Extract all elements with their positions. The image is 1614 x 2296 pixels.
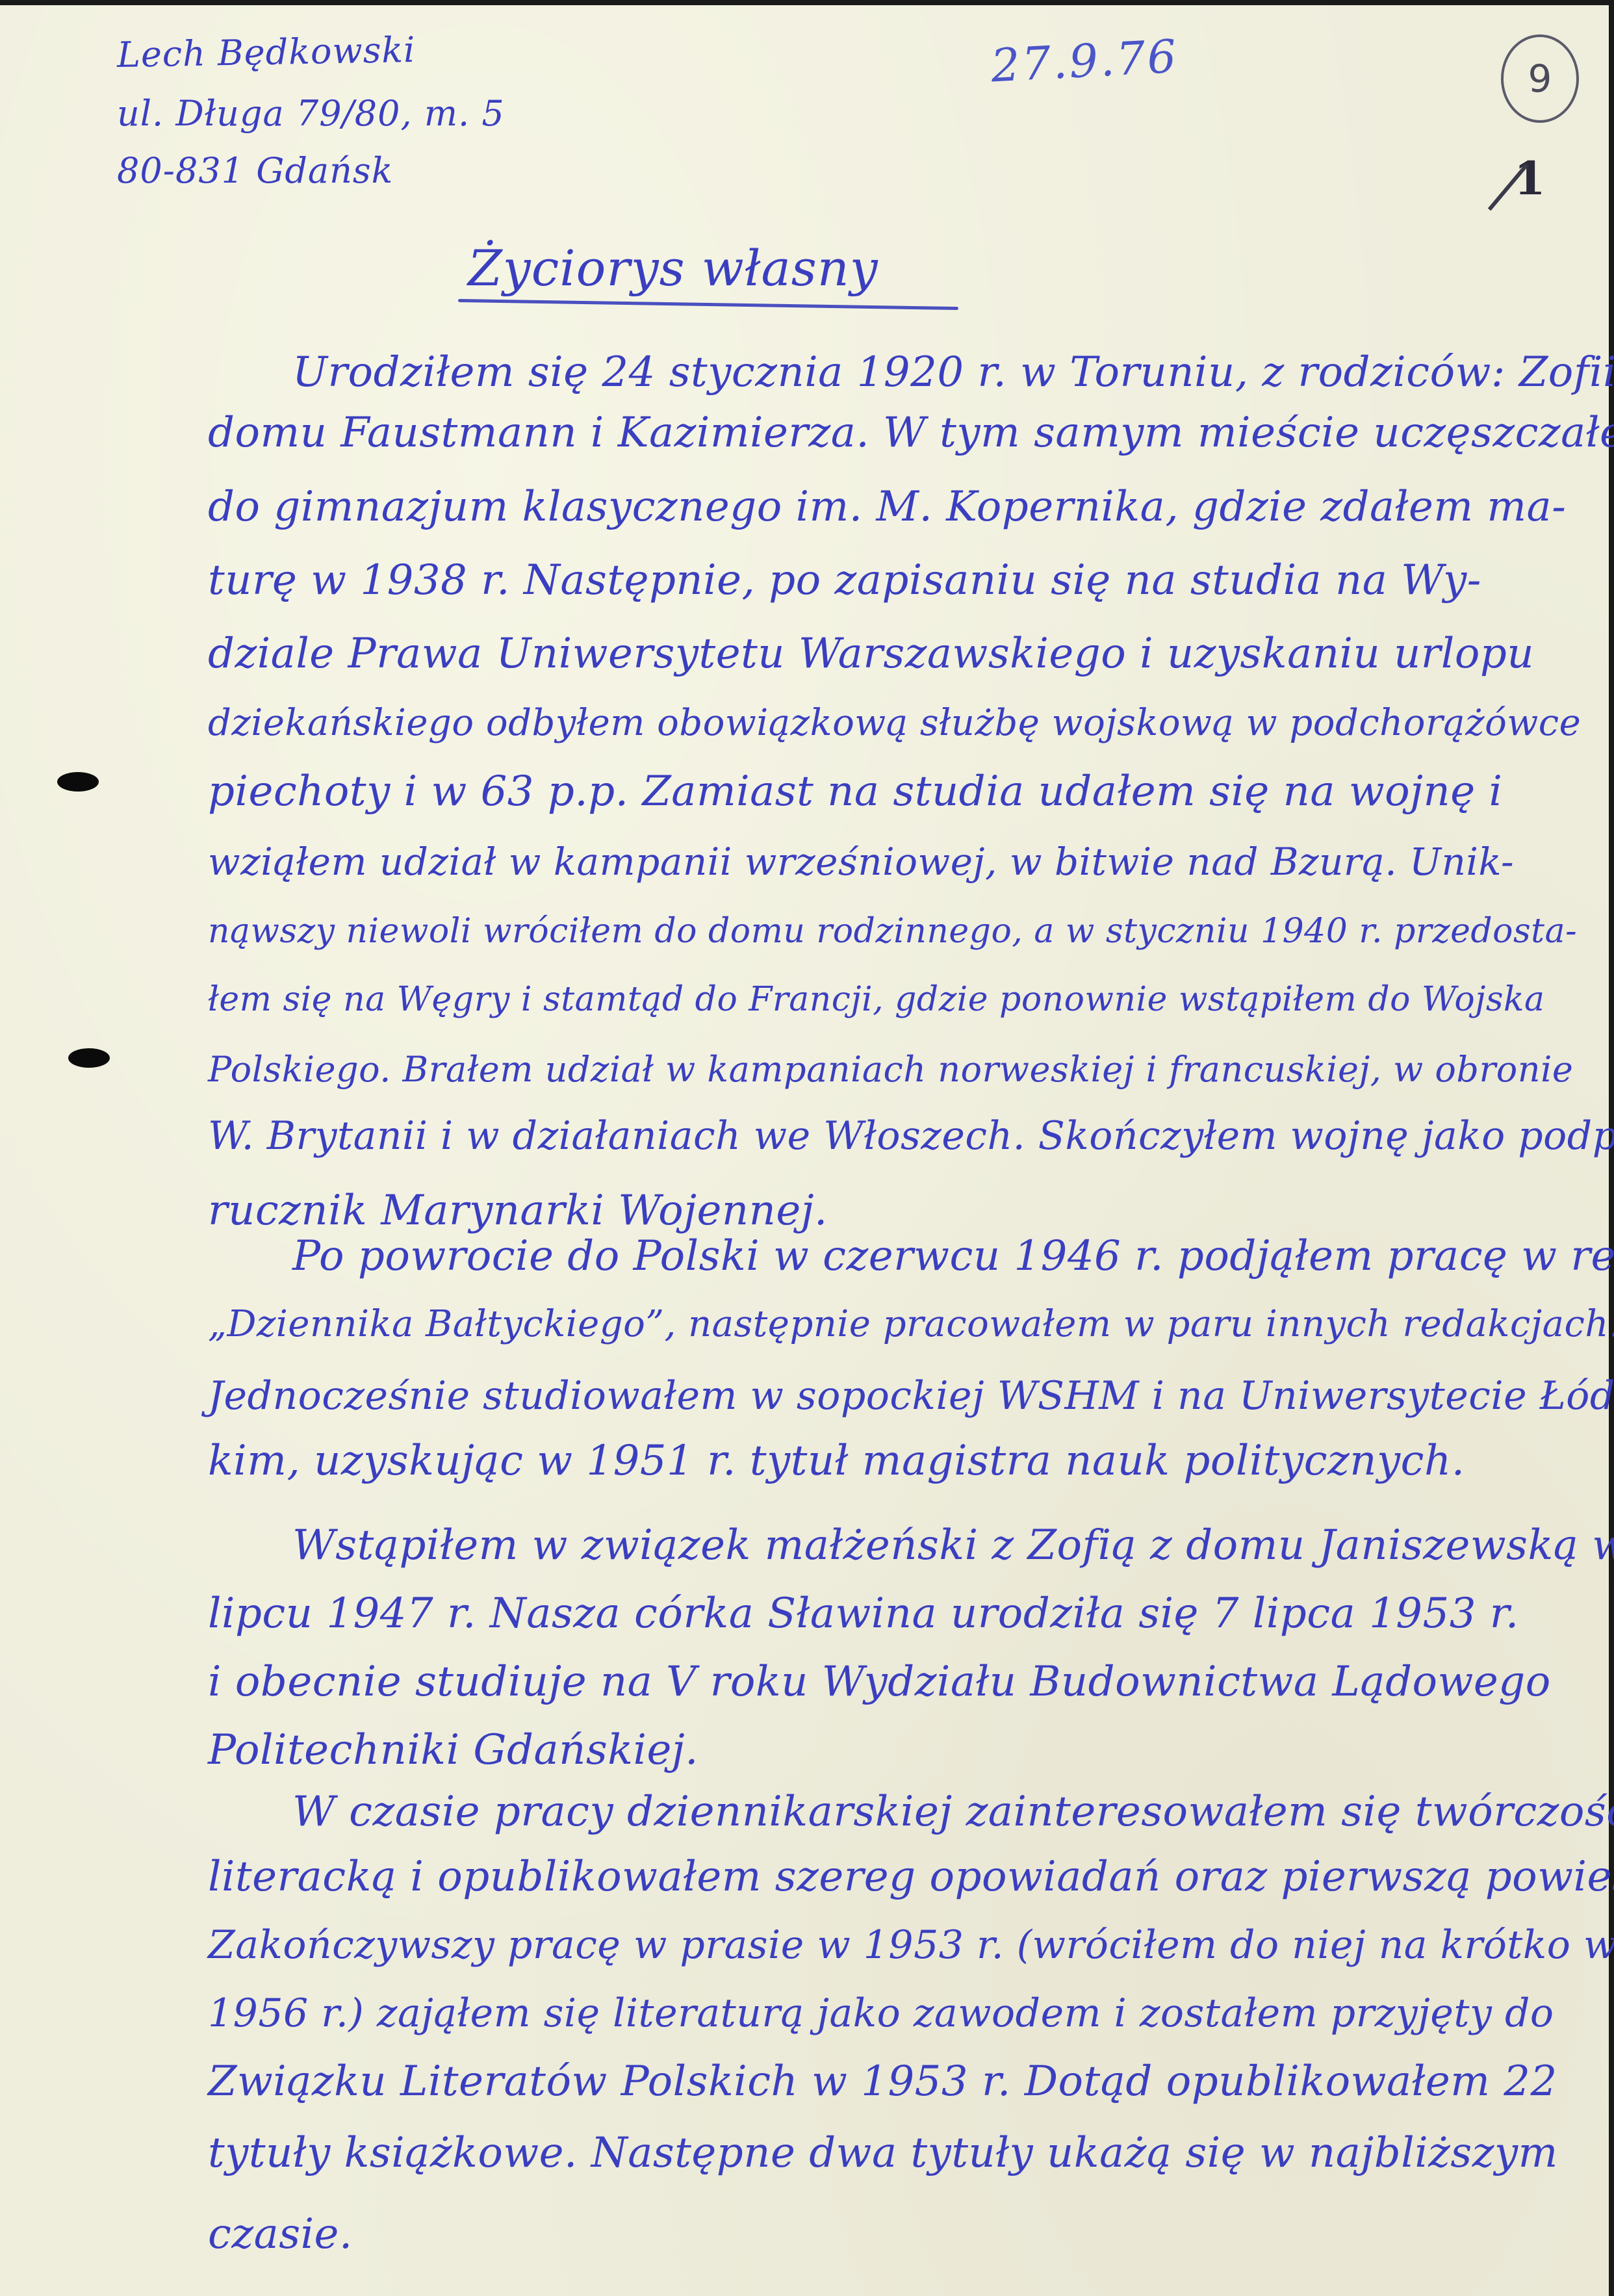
body-line: tytuły książkowe. Następne dwa tytuły uk… <box>208 2127 1558 2179</box>
body-line: wziąłem udział w kampanii wrześniowej, w… <box>208 836 1514 888</box>
body-line: Urodziłem się 24 stycznia 1920 r. w Toru… <box>292 346 1614 398</box>
folio-circled-value: 9 <box>1528 57 1552 101</box>
body-line: czasie. <box>208 2208 353 2260</box>
body-line: i obecnie studiuje na V roku Wydziału Bu… <box>208 1656 1551 1708</box>
body-line: W. Brytanii i w działaniach we Włoszech.… <box>208 1110 1614 1162</box>
body-line: łem się na Węgry i stamtąd do Francji, g… <box>208 974 1545 1025</box>
author-address: ul. Długa 79/80, m. 5 <box>117 91 505 136</box>
body-line: do gimnazjum klasycznego im. M. Kopernik… <box>208 481 1566 533</box>
punch-hole-top <box>57 772 99 792</box>
body-line: Zakończywszy pracę w prasie w 1953 r. (w… <box>208 1919 1614 1971</box>
body-line: „Dziennika Bałtyckiego”, następnie praco… <box>208 1298 1614 1350</box>
body-line: dziekańskiego odbyłem obowiązkową służbę… <box>208 697 1581 749</box>
body-line: dziale Prawa Uniwersytetu Warszawskiego … <box>208 628 1534 680</box>
body-line: Związku Literatów Polskich w 1953 r. Dot… <box>208 2056 1557 2108</box>
body-line: lipcu 1947 r. Nasza córka Sławina urodzi… <box>208 1588 1519 1640</box>
body-line: Polskiego. Brałem udział w kampaniach no… <box>208 1044 1573 1096</box>
body-line: domu Faustmann i Kazimierza. W tym samym… <box>208 407 1614 459</box>
punch-hole-bottom <box>68 1048 110 1068</box>
document-page: Lech Będkowski ul. Długa 79/80, m. 5 80-… <box>0 5 1609 2296</box>
body-line: literacką i opublikowałem szereg opowiad… <box>208 1851 1614 1903</box>
document-date: 27.9.76 <box>990 30 1179 93</box>
body-line: Wstąpiłem w związek małżeński z Zofią z … <box>292 1519 1614 1571</box>
title-underline <box>458 299 958 310</box>
body-line: W czasie pracy dziennikarskiej zainteres… <box>292 1786 1614 1838</box>
body-line: Jednocześnie studiowałem w sopockiej WSH… <box>208 1370 1614 1422</box>
body-line: nąwszy niewoli wróciłem do domu rodzinne… <box>208 905 1577 957</box>
body-line: 1956 r.) zająłem się literaturą jako zaw… <box>208 1987 1554 2039</box>
body-line: kim, uzyskując w 1951 r. tytuł magistra … <box>208 1435 1465 1487</box>
folio-circled-number: 9 <box>1501 34 1579 123</box>
body-line: turę w 1938 r. Następnie, po zapisaniu s… <box>208 554 1481 606</box>
body-line: piechoty i w 63 p.p. Zamiast na studia u… <box>208 766 1502 818</box>
author-name: Lech Będkowski <box>116 27 416 78</box>
folio-struck-number: 1 <box>1514 151 1546 205</box>
body-line: Po powrocie do Polski w czerwcu 1946 r. … <box>292 1230 1614 1282</box>
body-line: Politechniki Gdańskiej. <box>208 1724 698 1776</box>
body-line: rucznik Marynarki Wojennej. <box>208 1185 828 1237</box>
author-postal-city: 80-831 Gdańsk <box>117 148 393 194</box>
document-title: Życiorys własny <box>468 239 878 297</box>
